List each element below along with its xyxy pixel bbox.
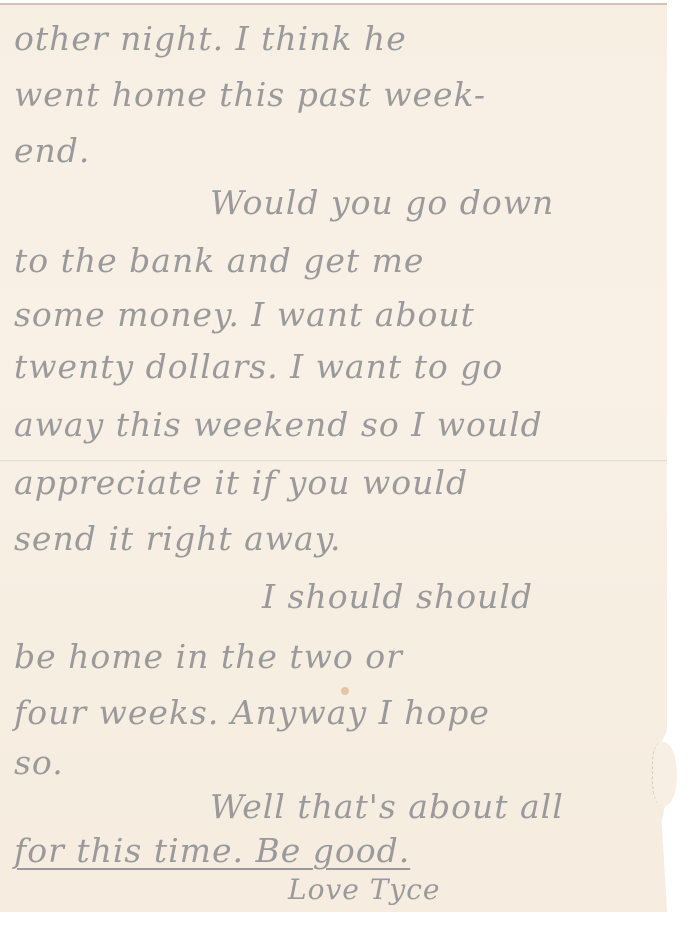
paper-fold-crease (0, 459, 667, 462)
letter-line-4: Would you go down (210, 186, 554, 219)
letter-line-7: twenty dollars. I want to go (14, 350, 503, 383)
letter-line-8: away this weekend so I would (14, 408, 543, 441)
letter-line-9: appreciate it if you would (14, 466, 468, 499)
letter-scan: other night. I think he went home this p… (0, 0, 700, 938)
letter-line-1: other night. I think he (14, 22, 407, 55)
signature: Love Tyce (288, 876, 441, 904)
paper-sheet (0, 3, 667, 912)
letter-line-5: to the bank and get me (14, 244, 424, 277)
letter-line-12: be home in the two or (14, 640, 403, 673)
letter-line-11: I should should (262, 580, 533, 613)
letter-line-13: four weeks. Anyway I hope (14, 696, 490, 729)
letter-line-15: Well that's about all (210, 790, 564, 823)
letter-line-14: so. (14, 746, 64, 779)
letter-line-3: end. (14, 134, 90, 167)
letter-line-2: went home this past week- (14, 78, 486, 111)
letter-line-6: some money. I want about (14, 298, 475, 331)
torn-edge (652, 742, 677, 806)
letter-line-16: for this time. Be good. (14, 834, 410, 867)
letter-line-10: send it right away. (14, 522, 341, 555)
